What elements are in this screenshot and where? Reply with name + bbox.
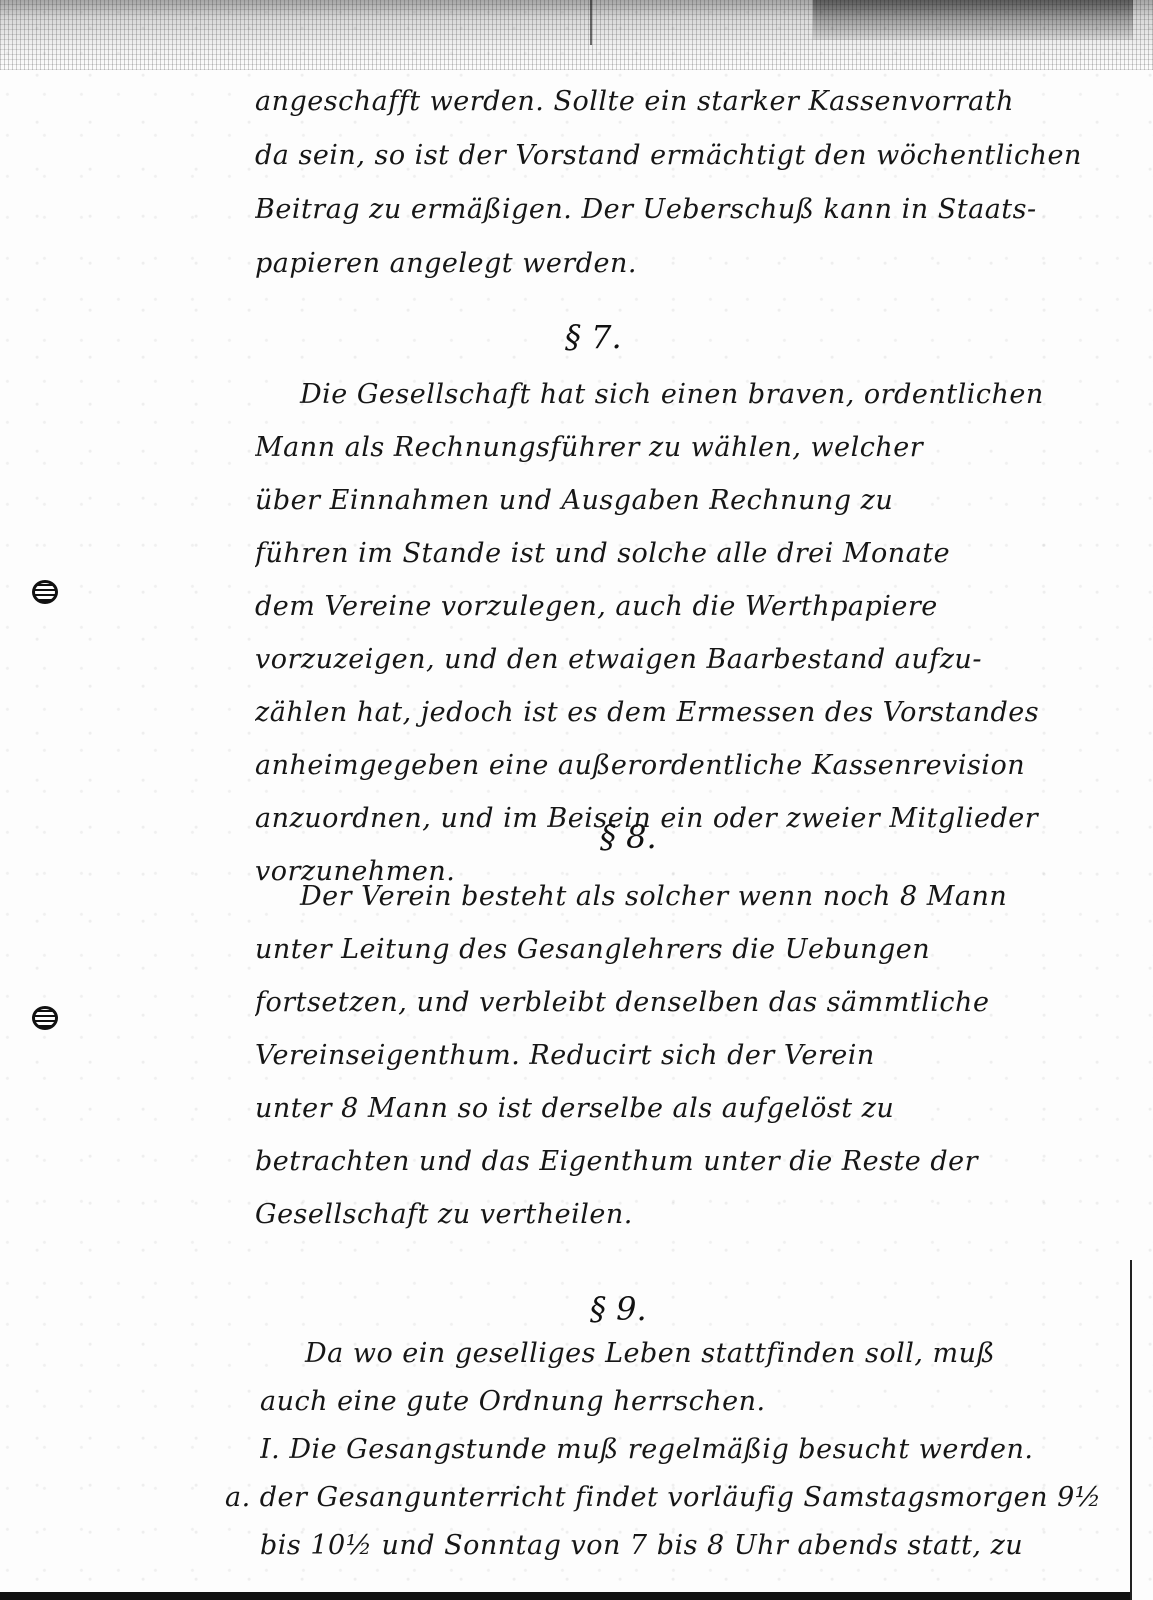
section-7-body: Die Gesellschaft hat sich einen braven, … bbox=[255, 368, 1105, 898]
text-line: Der Verein besteht als solcher wenn noch… bbox=[255, 870, 1105, 923]
text-line: Die Gesellschaft hat sich einen braven, … bbox=[255, 368, 1105, 421]
fold-line bbox=[590, 0, 592, 45]
document-page: angeschafft werden. Sollte ein starker K… bbox=[0, 0, 1153, 1600]
text-line: betrachten und das Eigenthum unter die R… bbox=[255, 1135, 1105, 1188]
text-line: Vereinseigenthum. Reducirt sich der Vere… bbox=[255, 1029, 1105, 1082]
text-line: da sein, so ist der Vorstand ermächtigt … bbox=[255, 129, 1105, 183]
section-heading-7: § 7. bbox=[565, 318, 622, 356]
text-line: dem Vereine vorzulegen, auch die Werthpa… bbox=[255, 580, 1105, 633]
text-line: zählen hat, jedoch ist es dem Ermessen d… bbox=[255, 686, 1105, 739]
section-9-body: Da wo ein geselliges Leben stattfinden s… bbox=[260, 1330, 1110, 1570]
section-heading-8: § 8. bbox=[600, 818, 657, 856]
text-line: unter Leitung des Gesanglehrers die Uebu… bbox=[255, 923, 1105, 976]
text-line: Beitrag zu ermäßigen. Der Ueberschuß kan… bbox=[255, 183, 1105, 237]
text-line: über Einnahmen und Ausgaben Rechnung zu bbox=[255, 474, 1105, 527]
text-line: anzuordnen, und im Beisein ein oder zwei… bbox=[255, 792, 1105, 845]
text-line: I. Die Gesangstunde muß regelmäßig besuc… bbox=[260, 1426, 1110, 1474]
scan-noise-top bbox=[0, 0, 1153, 70]
page-edge-line bbox=[1130, 1260, 1132, 1600]
text-line: auch eine gute Ordnung herrschen. bbox=[260, 1378, 1110, 1426]
text-line: angeschafft werden. Sollte ein starker K… bbox=[255, 75, 1105, 129]
text-line: führen im Stande ist und solche alle dre… bbox=[255, 527, 1105, 580]
text-line: Mann als Rechnungsführer zu wählen, welc… bbox=[255, 421, 1105, 474]
text-line: papieren angelegt werden. bbox=[255, 237, 1105, 291]
text-line: anheimgegeben eine außerordentliche Kass… bbox=[255, 739, 1105, 792]
text-line: unter 8 Mann so ist derselbe als aufgelö… bbox=[255, 1082, 1105, 1135]
scan-border-bottom bbox=[0, 1592, 1130, 1600]
text-line: Da wo ein geselliges Leben stattfinden s… bbox=[260, 1330, 1110, 1378]
text-line: bis 10½ und Sonntag von 7 bis 8 Uhr aben… bbox=[260, 1522, 1110, 1570]
section-8-body: Der Verein besteht als solcher wenn noch… bbox=[255, 870, 1105, 1241]
punch-hole-icon bbox=[32, 580, 58, 604]
text-line: a. der Gesangunterricht findet vorläufig… bbox=[225, 1474, 1110, 1522]
section-heading-9: § 9. bbox=[590, 1290, 647, 1328]
punch-hole-icon bbox=[32, 1006, 58, 1030]
text-line: vorzuzeigen, und den etwaigen Baarbestan… bbox=[255, 633, 1105, 686]
continuation-paragraph: angeschafft werden. Sollte ein starker K… bbox=[255, 75, 1105, 291]
text-line: fortsetzen, und verbleibt denselben das … bbox=[255, 976, 1105, 1029]
text-line: Gesellschaft zu vertheilen. bbox=[255, 1188, 1105, 1241]
